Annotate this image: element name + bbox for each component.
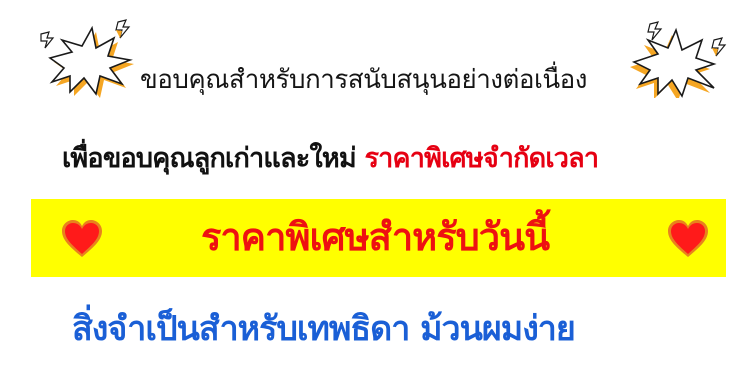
- customer-thanks-line: เพื่อขอบคุณลูกเก่าและใหม่ ราคาพิเศษจำกัด…: [62, 136, 702, 182]
- comic-burst-icon: [30, 18, 140, 98]
- special-price-today-text: ราคาพิเศษสำหรับวันนี้: [160, 208, 590, 266]
- heart-icon: [60, 219, 104, 259]
- heart-icon: [666, 219, 710, 259]
- limited-time-price-text: ราคาพิเศษจำกัดเวลา: [364, 143, 598, 174]
- comic-burst-icon: [618, 18, 728, 98]
- product-tagline: สิ่งจำเป็นสำหรับเทพธิดา ม้วนผมง่าย: [72, 302, 692, 356]
- thank-you-heading: ขอบคุณสำหรับการสนับสนุนอย่างต่อเนื่อง: [140, 58, 620, 102]
- customer-thanks-text: เพื่อขอบคุณลูกเก่าและใหม่: [62, 143, 356, 174]
